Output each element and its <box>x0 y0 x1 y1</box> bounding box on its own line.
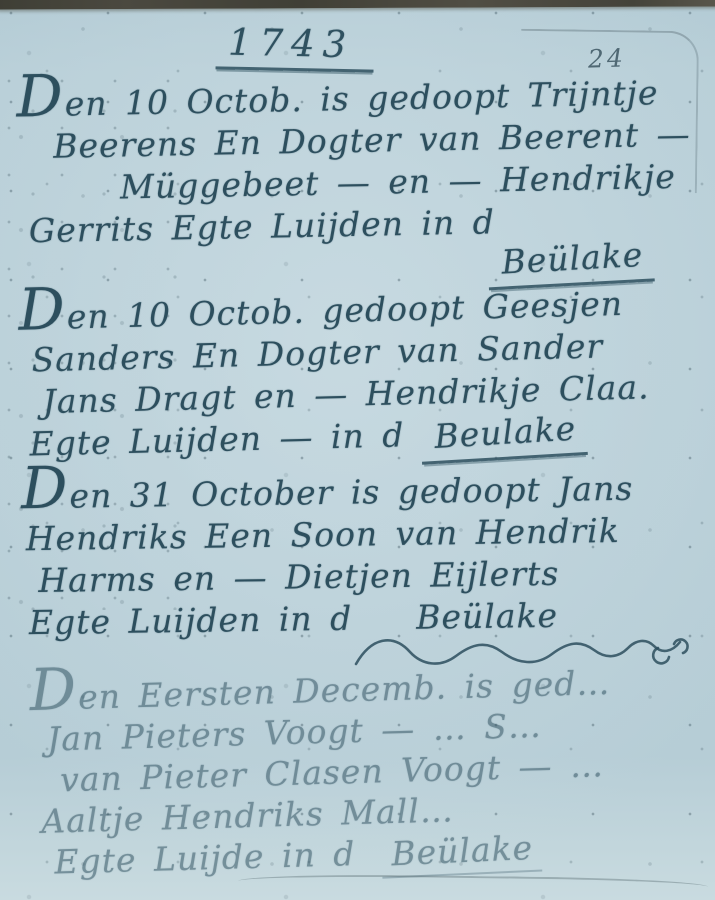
line-text: Egte Luijden — in d <box>29 415 405 463</box>
baptism-record-2: Den 10 Octob. gedoopt Geesjen Sanders En… <box>18 274 651 471</box>
place-name: Beulake <box>419 407 587 465</box>
year-heading: 1743 <box>216 20 375 72</box>
line-text: Egte Luijde in d <box>54 834 356 881</box>
place-name: Beülake <box>380 827 542 879</box>
manuscript-page: 1743 24 Den 10 Octob. is gedoopt Trijntj… <box>0 0 715 900</box>
baptism-record-4: Den Eersten Decemb. is ged… Jan Pieters … <box>29 654 615 887</box>
baptism-record-1: Den 10 Octob. is gedoopt Trijntje Beeren… <box>16 64 693 297</box>
manuscript-line: Den 31 October is gedoopt Jans <box>21 460 634 519</box>
line-text: Egte Luijden in d <box>29 599 353 643</box>
baptism-record-3: Den 31 October is gedoopt Jans Hendriks … <box>21 460 636 645</box>
